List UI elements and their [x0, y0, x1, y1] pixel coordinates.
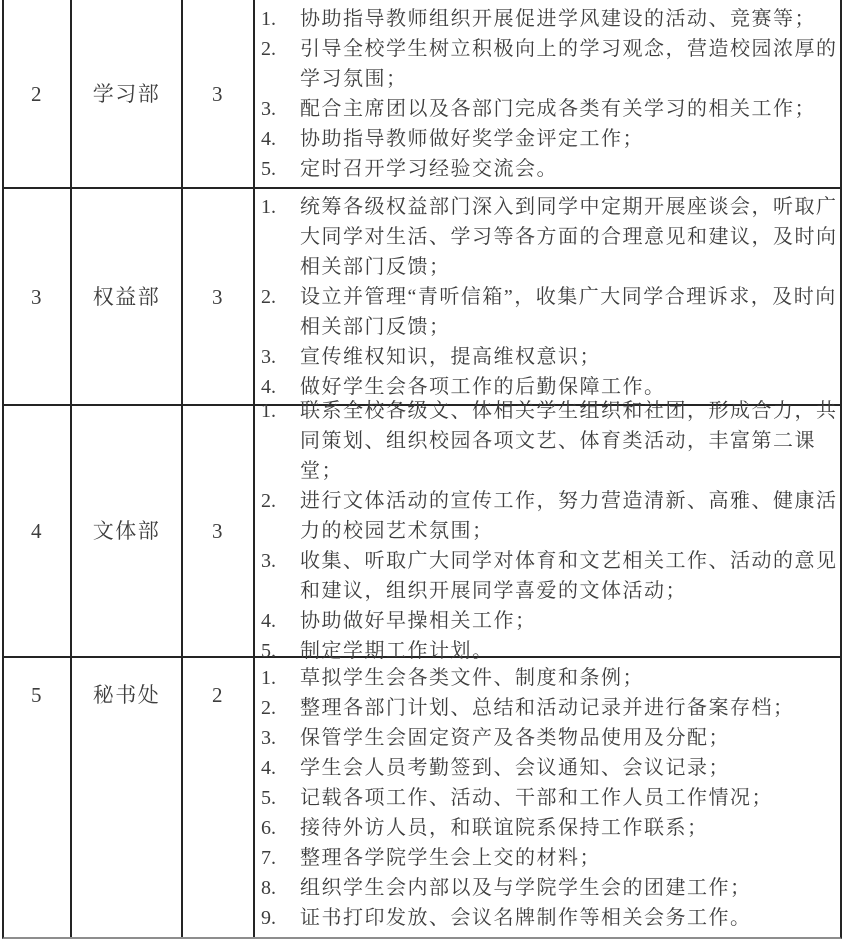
duty-number: 4. [261, 606, 300, 636]
duty-item: 5.定时召开学习经验交流会。 [261, 154, 838, 184]
duty-number: 3. [261, 94, 300, 124]
department-name: 学习部 [93, 79, 161, 109]
row-index: 5 [31, 680, 43, 710]
duty-item: 3.保管学生会固定资产及各类物品使用及分配； [261, 723, 838, 753]
duty-item: 1.协助指导教师组织开展促进学风建设的活动、竞赛等； [261, 4, 838, 34]
duty-item: 4.学生会人员考勤签到、会议通知、会议记录； [261, 753, 838, 783]
duties-list: 1.草拟学生会各类文件、制度和条例；2.整理各部门计划、总结和活动记录并进行备案… [261, 663, 838, 933]
duty-text: 组织学生会内部以及与学院学生会的团建工作； [300, 873, 838, 903]
duty-text: 接待外访人员，和联谊院系保持工作联系； [300, 813, 838, 843]
duty-item: 8.组织学生会内部以及与学院学生会的团建工作； [261, 873, 838, 903]
duty-number: 3. [261, 546, 300, 606]
duty-item: 3.宣传维权知识，提高维权意识； [261, 342, 838, 372]
row-index-cell: 4 [4, 406, 72, 656]
duty-number: 5. [261, 783, 300, 813]
duty-item: 3.收集、听取广大同学对体育和文艺相关工作、活动的意见和建议，组织开展同学喜爱的… [261, 546, 838, 606]
count-cell: 3 [183, 406, 255, 656]
duty-text: 配合主席团以及各部门完成各类有关学习的相关工作； [300, 94, 838, 124]
duty-text: 协助做好早操相关工作； [300, 606, 838, 636]
department-name: 文体部 [93, 516, 161, 546]
duty-text: 统筹各级权益部门深入到同学中定期开展座谈会，听取广大同学对生活、学习等各方面的合… [300, 192, 838, 282]
duty-text: 协助指导教师做好奖学金评定工作； [300, 124, 838, 154]
member-count: 2 [212, 680, 224, 710]
duty-number: 1. [261, 4, 300, 34]
duty-number: 1. [261, 396, 300, 486]
duty-text: 保管学生会固定资产及各类物品使用及分配； [300, 723, 838, 753]
duties-list: 1.协助指导教师组织开展促进学风建设的活动、竞赛等；2.引导全校学生树立积极向上… [261, 4, 838, 184]
duty-number: 2. [261, 693, 300, 723]
duty-number: 3. [261, 723, 300, 753]
row-index-cell: 3 [4, 189, 72, 404]
department-cell: 权益部 [72, 189, 183, 404]
duty-item: 2.引导全校学生树立积极向上的学习观念，营造校园浓厚的学习氛围； [261, 34, 838, 94]
duty-text: 证书打印发放、会议名牌制作等相关会务工作。 [300, 903, 838, 933]
duties-list: 1.联系全校各级文、体相关学生组织和社团，形成合力，共同策划、组织校园各项文艺、… [261, 396, 838, 666]
table-row: 3 权益部 3 1.统筹各级权益部门深入到同学中定期开展座谈会，听取广大同学对生… [4, 187, 840, 404]
duty-number: 4. [261, 753, 300, 783]
duty-number: 1. [261, 663, 300, 693]
duty-number: 2. [261, 282, 300, 342]
duty-number: 1. [261, 192, 300, 282]
count-cell: 3 [183, 189, 255, 404]
duty-item: 7.整理各学院学生会上交的材料； [261, 843, 838, 873]
table-row: 2 学习部 3 1.协助指导教师组织开展促进学风建设的活动、竞赛等；2.引导全校… [4, 0, 840, 187]
duty-text: 宣传维权知识，提高维权意识； [300, 342, 838, 372]
member-count: 3 [212, 79, 224, 109]
duty-number: 2. [261, 486, 300, 546]
duty-number: 4. [261, 124, 300, 154]
duty-text: 引导全校学生树立积极向上的学习观念，营造校园浓厚的学习氛围； [300, 34, 838, 94]
row-index-cell: 5 [4, 658, 72, 937]
duty-item: 1.联系全校各级文、体相关学生组织和社团，形成合力，共同策划、组织校园各项文艺、… [261, 396, 838, 486]
duty-text: 定时召开学习经验交流会。 [300, 154, 838, 184]
duty-text: 收集、听取广大同学对体育和文艺相关工作、活动的意见和建议，组织开展同学喜爱的文体… [300, 546, 838, 606]
departments-duties-table: 2 学习部 3 1.协助指导教师组织开展促进学风建设的活动、竞赛等；2.引导全校… [2, 0, 842, 939]
count-cell: 3 [183, 0, 255, 187]
duty-text: 联系全校各级文、体相关学生组织和社团，形成合力，共同策划、组织校园各项文艺、体育… [300, 396, 838, 486]
department-name: 秘书处 [93, 680, 161, 710]
row-index: 2 [31, 79, 43, 109]
duty-item: 6.接待外访人员，和联谊院系保持工作联系； [261, 813, 838, 843]
member-count: 3 [212, 516, 224, 546]
duty-item: 1.草拟学生会各类文件、制度和条例； [261, 663, 838, 693]
duty-text: 学生会人员考勤签到、会议通知、会议记录； [300, 753, 838, 783]
duties-cell: 1.草拟学生会各类文件、制度和条例；2.整理各部门计划、总结和活动记录并进行备案… [255, 658, 840, 937]
duty-item: 5.记载各项工作、活动、干部和工作人员工作情况； [261, 783, 838, 813]
department-cell: 学习部 [72, 0, 183, 187]
duty-item: 2.设立并管理“青听信箱”，收集广大同学合理诉求，及时向相关部门反馈； [261, 282, 838, 342]
duty-item: 4.协助做好早操相关工作； [261, 606, 838, 636]
duty-text: 整理各学院学生会上交的材料； [300, 843, 838, 873]
duty-text: 设立并管理“青听信箱”，收集广大同学合理诉求，及时向相关部门反馈； [300, 282, 838, 342]
row-index: 4 [31, 516, 43, 546]
duties-list: 1.统筹各级权益部门深入到同学中定期开展座谈会，听取广大同学对生活、学习等各方面… [261, 192, 838, 402]
duties-cell: 1.协助指导教师组织开展促进学风建设的活动、竞赛等；2.引导全校学生树立积极向上… [255, 0, 840, 187]
duty-item: 9.证书打印发放、会议名牌制作等相关会务工作。 [261, 903, 838, 933]
duty-item: 2.进行文体活动的宣传工作，努力营造清新、高雅、健康活力的校园艺术氛围； [261, 486, 838, 546]
duty-text: 整理各部门计划、总结和活动记录并进行备案存档； [300, 693, 838, 723]
duty-item: 3.配合主席团以及各部门完成各类有关学习的相关工作； [261, 94, 838, 124]
duty-number: 6. [261, 813, 300, 843]
duty-number: 7. [261, 843, 300, 873]
duties-cell: 1.统筹各级权益部门深入到同学中定期开展座谈会，听取广大同学对生活、学习等各方面… [255, 189, 840, 404]
duty-number: 9. [261, 903, 300, 933]
department-cell: 秘书处 [72, 658, 183, 937]
duty-number: 3. [261, 342, 300, 372]
duty-item: 2.整理各部门计划、总结和活动记录并进行备案存档； [261, 693, 838, 723]
department-cell: 文体部 [72, 406, 183, 656]
duty-item: 1.统筹各级权益部门深入到同学中定期开展座谈会，听取广大同学对生活、学习等各方面… [261, 192, 838, 282]
duty-text: 记载各项工作、活动、干部和工作人员工作情况； [300, 783, 838, 813]
row-index-cell: 2 [4, 0, 72, 187]
duty-number: 5. [261, 154, 300, 184]
duty-number: 2. [261, 34, 300, 94]
duty-text: 草拟学生会各类文件、制度和条例； [300, 663, 838, 693]
count-cell: 2 [183, 658, 255, 937]
duty-number: 8. [261, 873, 300, 903]
duty-item: 4.协助指导教师做好奖学金评定工作； [261, 124, 838, 154]
table-row: 5 秘书处 2 1.草拟学生会各类文件、制度和条例；2.整理各部门计划、总结和活… [4, 656, 840, 937]
department-name: 权益部 [93, 282, 161, 312]
table-row: 4 文体部 3 1.联系全校各级文、体相关学生组织和社团，形成合力，共同策划、组… [4, 404, 840, 656]
duty-text: 协助指导教师组织开展促进学风建设的活动、竞赛等； [300, 4, 838, 34]
member-count: 3 [212, 282, 224, 312]
duty-text: 进行文体活动的宣传工作，努力营造清新、高雅、健康活力的校园艺术氛围； [300, 486, 838, 546]
duties-cell: 1.联系全校各级文、体相关学生组织和社团，形成合力，共同策划、组织校园各项文艺、… [255, 406, 840, 656]
row-index: 3 [31, 282, 43, 312]
